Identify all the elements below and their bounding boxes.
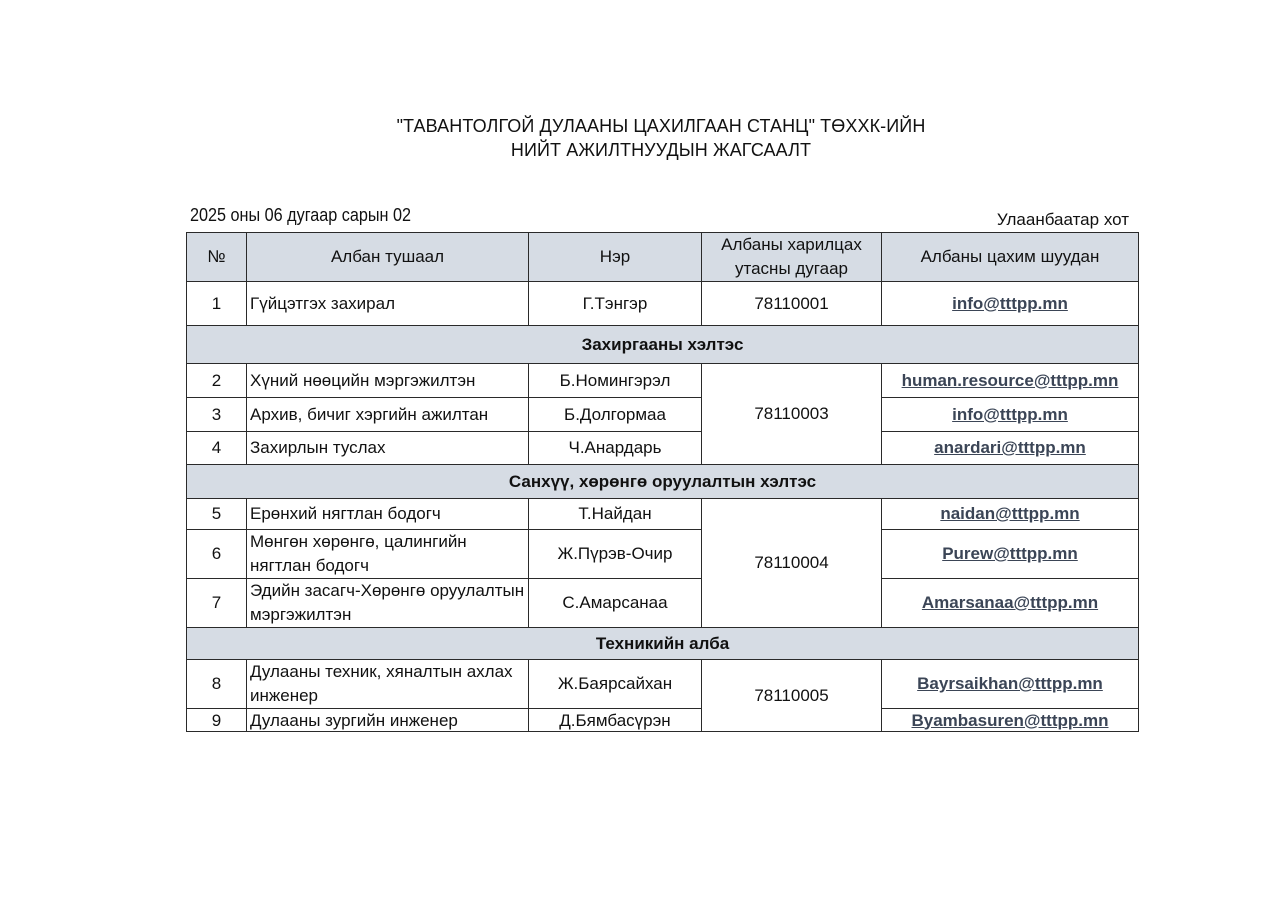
row-no: 8 (187, 660, 247, 709)
table-row: 1 Гүйцэтгэх захирал Г.Тэнгэр 78110001 in… (187, 282, 1139, 326)
row-email-cell: anardari@tttpp.mn (882, 432, 1139, 465)
table-row: 6 Мөнгөн хөрөнгө, цалингийн нягтлан бодо… (187, 530, 1139, 579)
row-email-cell: info@tttpp.mn (882, 282, 1139, 326)
header-phone: Албаны харилцах утасны дугаар (702, 233, 882, 282)
row-email-cell: info@tttpp.mn (882, 398, 1139, 432)
title-line-2: НИЙТ АЖИЛТНУУДЫН ЖАГСААЛТ (0, 138, 1283, 162)
row-no: 7 (187, 579, 247, 628)
row-position: Эдийн засагч-Хөрөнгө оруулалтын мэргэжил… (247, 579, 529, 628)
row-position: Архив, бичиг хэргийн ажилтан (247, 398, 529, 432)
email-link[interactable]: naidan@tttpp.mn (940, 504, 1079, 523)
row-email-cell: human.resource@tttpp.mn (882, 364, 1139, 398)
row-position: Дулааны техник, хяналтын ахлах инженер (247, 660, 529, 709)
row-name: Б.Долгормаа (529, 398, 702, 432)
row-email-cell: Byambasuren@tttpp.mn (882, 709, 1139, 732)
document-date: 2025 оны 06 дугаар сарын 02 (190, 205, 411, 226)
row-position: Хүний нөөцийн мэргэжилтэн (247, 364, 529, 398)
row-name: Ж.Пүрэв-Очир (529, 530, 702, 579)
section-header-row: Санхүү, хөрөнгө оруулалтын хэлтэс (187, 465, 1139, 499)
row-name: Т.Найдан (529, 499, 702, 530)
row-email-cell: Bayrsaikhan@tttpp.mn (882, 660, 1139, 709)
table-row: 3 Архив, бичиг хэргийн ажилтан Б.Долгорм… (187, 398, 1139, 432)
row-email-cell: naidan@tttpp.mn (882, 499, 1139, 530)
header-name: Нэр (529, 233, 702, 282)
email-link[interactable]: anardari@tttpp.mn (934, 438, 1086, 457)
row-position: Гүйцэтгэх захирал (247, 282, 529, 326)
row-name: Г.Тэнгэр (529, 282, 702, 326)
row-no: 3 (187, 398, 247, 432)
row-email-cell: Amarsanaa@tttpp.mn (882, 579, 1139, 628)
email-link[interactable]: info@tttpp.mn (952, 405, 1068, 424)
section-title: Захиргааны хэлтэс (187, 326, 1139, 364)
section-title: Техникийн алба (187, 628, 1139, 660)
email-link[interactable]: Bayrsaikhan@tttpp.mn (917, 674, 1103, 693)
table-row: 7 Эдийн засагч-Хөрөнгө оруулалтын мэргэж… (187, 579, 1139, 628)
row-no: 2 (187, 364, 247, 398)
row-name: Ч.Анардарь (529, 432, 702, 465)
row-email-cell: Purew@tttpp.mn (882, 530, 1139, 579)
row-no: 6 (187, 530, 247, 579)
row-no: 4 (187, 432, 247, 465)
row-name: Б.Номингэрэл (529, 364, 702, 398)
section-phone: 78110004 (702, 499, 882, 628)
email-link[interactable]: Purew@tttpp.mn (942, 544, 1078, 563)
email-link[interactable]: Byambasuren@tttpp.mn (912, 711, 1109, 730)
row-position: Захирлын туслах (247, 432, 529, 465)
email-link[interactable]: human.resource@tttpp.mn (902, 371, 1119, 390)
table-row: 2 Хүний нөөцийн мэргэжилтэн Б.Номингэрэл… (187, 364, 1139, 398)
email-link[interactable]: info@tttpp.mn (952, 294, 1068, 313)
row-name: Д.Бямбасүрэн (529, 709, 702, 732)
table-row: 8 Дулааны техник, хяналтын ахлах инженер… (187, 660, 1139, 709)
table-row: 4 Захирлын туслах Ч.Анардарь anardari@tt… (187, 432, 1139, 465)
table-row: 5 Ерөнхий нягтлан бодогч Т.Найдан 781100… (187, 499, 1139, 530)
row-name: С.Амарсанаа (529, 579, 702, 628)
section-phone: 78110005 (702, 660, 882, 732)
section-header-row: Захиргааны хэлтэс (187, 326, 1139, 364)
document-title: "ТАВАНТОЛГОЙ ДУЛААНЫ ЦАХИЛГААН СТАНЦ" ТӨ… (0, 114, 1283, 162)
staff-table: № Албан тушаал Нэр Албаны харилцах утасн… (186, 232, 1139, 732)
section-title: Санхүү, хөрөнгө оруулалтын хэлтэс (187, 465, 1139, 499)
header-no: № (187, 233, 247, 282)
row-no: 1 (187, 282, 247, 326)
row-position: Дулааны зургийн инженер (247, 709, 529, 732)
header-position: Албан тушаал (247, 233, 529, 282)
table-header-row: № Албан тушаал Нэр Албаны харилцах утасн… (187, 233, 1139, 282)
section-phone: 78110003 (702, 364, 882, 465)
table-row: 9 Дулааны зургийн инженер Д.Бямбасүрэн B… (187, 709, 1139, 732)
row-phone: 78110001 (702, 282, 882, 326)
section-header-row: Техникийн алба (187, 628, 1139, 660)
row-position: Ерөнхий нягтлан бодогч (247, 499, 529, 530)
document-city: Улаанбаатар хот (997, 210, 1129, 230)
row-name: Ж.Баярсайхан (529, 660, 702, 709)
row-position: Мөнгөн хөрөнгө, цалингийн нягтлан бодогч (247, 530, 529, 579)
header-email: Албаны цахим шуудан (882, 233, 1139, 282)
row-no: 5 (187, 499, 247, 530)
title-line-1: "ТАВАНТОЛГОЙ ДУЛААНЫ ЦАХИЛГААН СТАНЦ" ТӨ… (0, 114, 1283, 138)
row-no: 9 (187, 709, 247, 732)
email-link[interactable]: Amarsanaa@tttpp.mn (922, 593, 1098, 612)
